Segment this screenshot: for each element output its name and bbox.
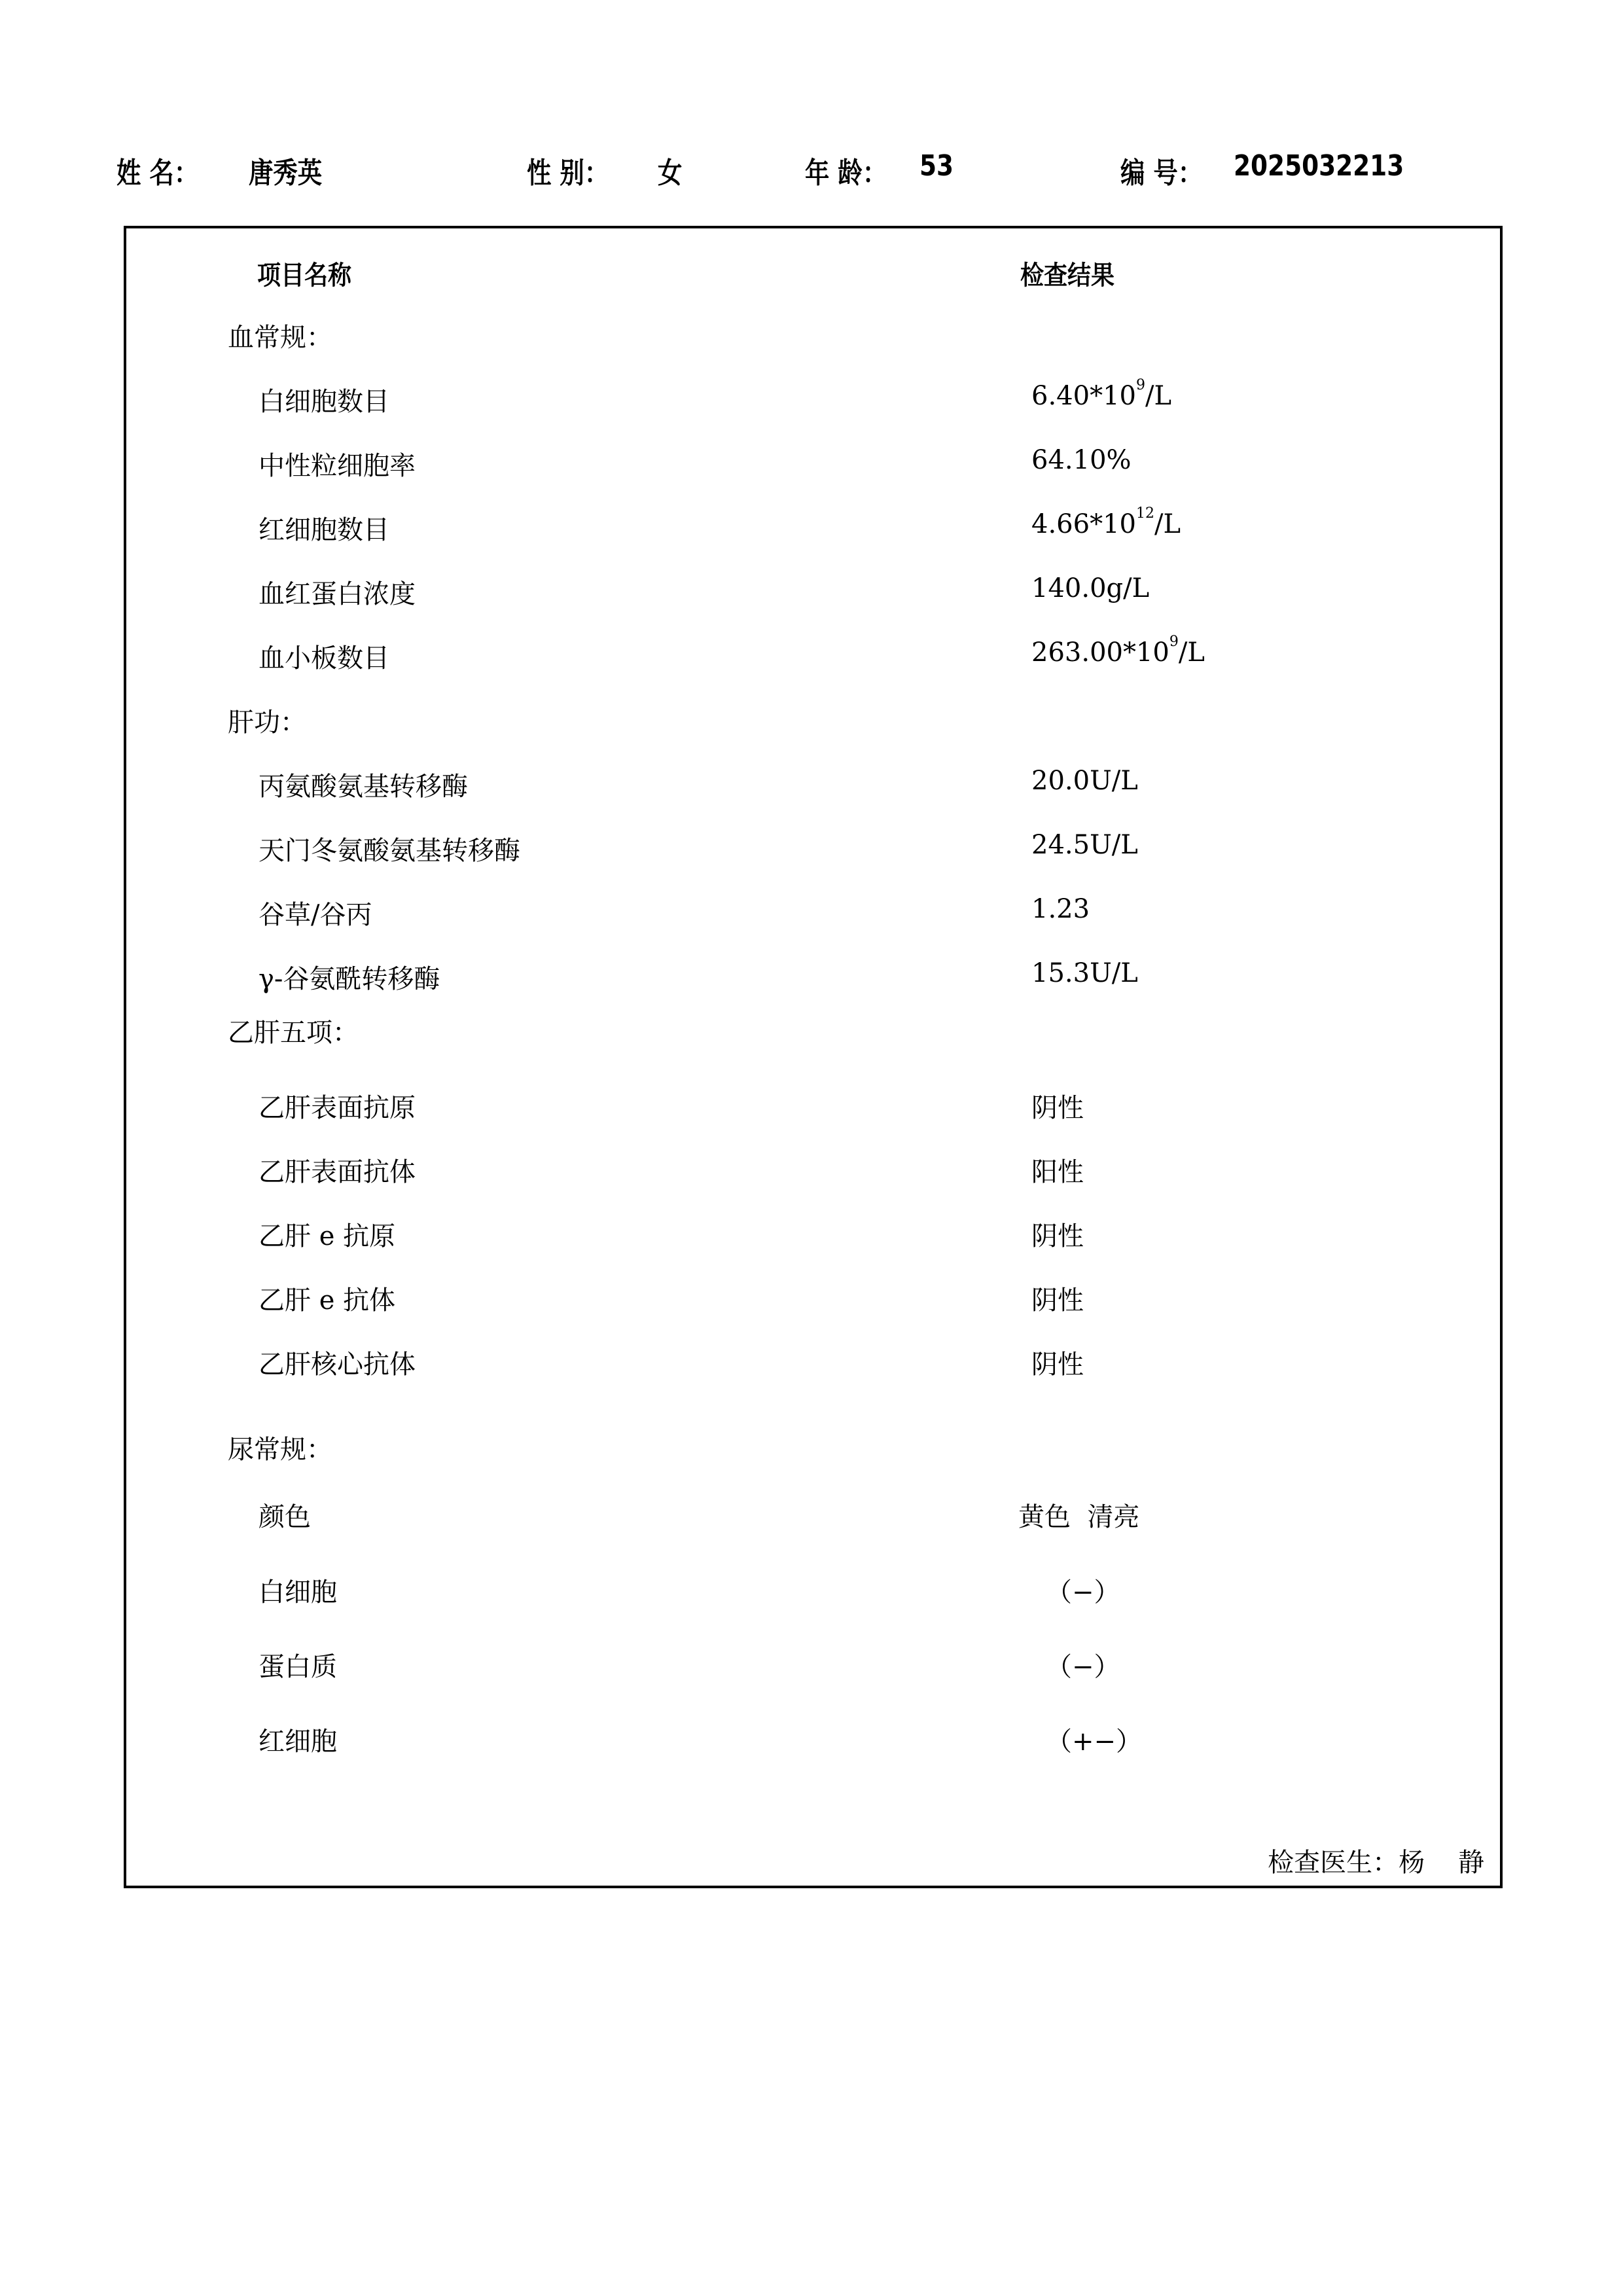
table-row: 颜色 黄色 清亮: [126, 1496, 1500, 1535]
item-value: 24.5U/L: [1031, 830, 1138, 860]
item-name: 谷草/谷丙: [259, 894, 372, 931]
table-row: 白细胞 （−）: [126, 1571, 1500, 1611]
table-row: 乙肝表面抗体 阳性: [126, 1151, 1500, 1191]
item-name: 乙肝表面抗体: [259, 1151, 416, 1189]
item-value: 1.23: [1031, 894, 1090, 924]
age-label: 年 龄：: [805, 149, 887, 191]
table-row: 乙肝核心抗体 阴性: [126, 1344, 1500, 1383]
item-name: 乙肝 e 抗原: [259, 1215, 395, 1253]
item-name: 乙肝核心抗体: [259, 1344, 416, 1381]
item-value: 4.66*1012/L: [1031, 509, 1181, 539]
doctor-label: 检查医生：: [1268, 1848, 1399, 1878]
table-row: γ-谷氨酰转移酶 15.3U/L: [126, 958, 1500, 997]
item-name: 红细胞数目: [259, 509, 389, 547]
item-value: 阴性: [1031, 1344, 1084, 1381]
table-row: 谷草/谷丙 1.23: [126, 894, 1500, 933]
item-name: γ-谷氨酰转移酶: [259, 958, 440, 996]
table-row: 中性粒细胞率 64.10%: [126, 445, 1500, 484]
section-title-blood: 血常规：: [228, 317, 332, 354]
gender-label: 性 别：: [527, 149, 609, 191]
item-value: （−）: [1046, 1646, 1120, 1683]
table-row: 白细胞数目 6.40*109/L: [126, 381, 1500, 420]
column-header-result: 检查结果: [1020, 255, 1115, 292]
age-value: 53: [919, 149, 954, 183]
section-title-urine: 尿常规：: [228, 1429, 332, 1466]
item-name: 红细胞: [259, 1721, 337, 1758]
id-label: 编 号：: [1120, 149, 1202, 191]
item-name: 血红蛋白浓度: [259, 573, 416, 611]
table-row: 血红蛋白浓度 140.0g/L: [126, 573, 1500, 613]
item-value: 黄色 清亮: [1018, 1496, 1139, 1534]
item-value: 20.0U/L: [1031, 766, 1138, 796]
section-title-liver: 肝功：: [228, 702, 306, 739]
item-value: 15.3U/L: [1031, 958, 1138, 988]
item-name: 白细胞数目: [259, 381, 389, 418]
table-row: 天门冬氨酸氨基转移酶 24.5U/L: [126, 830, 1500, 869]
patient-header: 姓 名： 唐秀英 性 别： 女 年 龄： 53 编 号： 2025032213: [0, 149, 1623, 195]
item-name: 血小板数目: [259, 637, 389, 675]
table-row: 蛋白质 （−）: [126, 1646, 1500, 1685]
doctor-name: 杨 静: [1399, 1848, 1484, 1878]
item-name: 乙肝 e 抗体: [259, 1280, 395, 1317]
item-name: 蛋白质: [259, 1646, 337, 1683]
item-value: （+−）: [1046, 1721, 1142, 1758]
item-value: 263.00*109/L: [1031, 637, 1205, 668]
item-value: 6.40*109/L: [1031, 381, 1171, 411]
results-table: 项目名称 检查结果 血常规： 白细胞数目 6.40*109/L 中性粒细胞率 6…: [124, 226, 1503, 1888]
item-value: 阴性: [1031, 1280, 1084, 1317]
item-name: 白细胞: [259, 1571, 337, 1609]
table-row: 血小板数目 263.00*109/L: [126, 637, 1500, 677]
item-name: 天门冬氨酸氨基转移酶: [259, 830, 520, 867]
patient-name: 唐秀英: [249, 149, 322, 191]
gender-value: 女: [658, 149, 682, 191]
item-name: 中性粒细胞率: [259, 445, 416, 482]
item-name: 丙氨酸氨基转移酶: [259, 766, 468, 803]
table-row: 乙肝 e 抗原 阴性: [126, 1215, 1500, 1255]
table-row: 丙氨酸氨基转移酶 20.0U/L: [126, 766, 1500, 805]
item-value: （−）: [1046, 1571, 1120, 1609]
item-value: 140.0g/L: [1031, 573, 1149, 603]
column-header-item: 项目名称: [257, 255, 351, 292]
item-name: 颜色: [259, 1496, 311, 1534]
item-value: 阳性: [1031, 1151, 1084, 1189]
table-row: 红细胞数目 4.66*1012/L: [126, 509, 1500, 548]
item-value: 64.10%: [1031, 445, 1132, 475]
table-row: 红细胞 （+−）: [126, 1721, 1500, 1760]
table-row: 乙肝 e 抗体 阴性: [126, 1280, 1500, 1319]
doctor-signature: 检查医生：杨 静: [1268, 1842, 1484, 1879]
item-name: 乙肝表面抗原: [259, 1087, 416, 1124]
report-id: 2025032213: [1234, 149, 1404, 183]
item-value: 阴性: [1031, 1215, 1084, 1253]
item-value: 阴性: [1031, 1087, 1084, 1124]
table-row: 乙肝表面抗原 阴性: [126, 1087, 1500, 1126]
name-label: 姓 名：: [116, 149, 198, 191]
section-title-hbv: 乙肝五项：: [228, 1012, 359, 1049]
